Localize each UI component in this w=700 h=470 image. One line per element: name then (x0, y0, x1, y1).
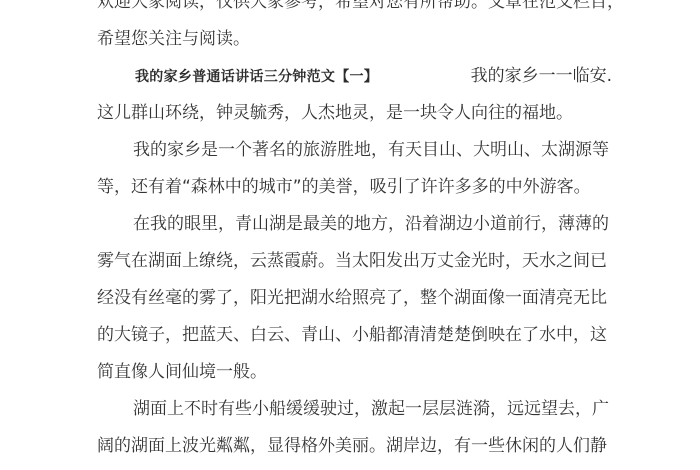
body-line: 阔的湖面上波光粼粼，显得格外美丽。湖岸边，有一些休闲的人们静 (97, 428, 612, 465)
section-heading: 我的家乡普通话讲话三分钟范文【一】 我的家乡一一临安. (97, 58, 612, 95)
body-line: 我的家乡是一个著名的旅游胜地，有天目山、大明山、太湖源等 (97, 132, 612, 169)
body-line: 雾气在湖面上缭绕，云蒸霞蔚。当太阳发出万丈金光时，天水之间已 (97, 243, 612, 280)
body-line: 湖面上不时有些小船缓缓驶过，激起一层层涟漪，远远望去，广 (97, 391, 612, 428)
heading-title: 我的家乡普通话讲话三分钟范文【一】 (135, 59, 378, 96)
body-line: 等，还有着“森林中的城市”的美誉，吸引了许许多多的中外游客。 (97, 169, 612, 206)
document-page: 欢迎大家阅读，仅供大家参考，希望对您有所帮助。文章在范文栏目， 希望您关注与阅读… (97, 0, 612, 465)
body-line: 在我的眼里，青山湖是最美的地方，沿着湖边小道前行，薄薄的 (97, 206, 612, 243)
body-line: 的大镜子，把蓝天、白云、青山、小船都清清楚楚倒映在了水中，这 (97, 317, 612, 354)
intro-line-2: 希望您关注与阅读。 (97, 21, 612, 58)
heading-subtitle: 我的家乡一一临安. (471, 58, 612, 95)
intro-line-1: 欢迎大家阅读，仅供大家参考，希望对您有所帮助。文章在范文栏目， (97, 0, 612, 21)
body-line: 这儿群山环绕，钟灵毓秀，人杰地灵，是一块令人向往的福地。 (97, 95, 612, 132)
body-line: 经没有丝毫的雾了，阳光把湖水给照亮了，整个湖面像一面清亮无比 (97, 280, 612, 317)
body-line: 简直像人间仙境一般。 (97, 354, 612, 391)
